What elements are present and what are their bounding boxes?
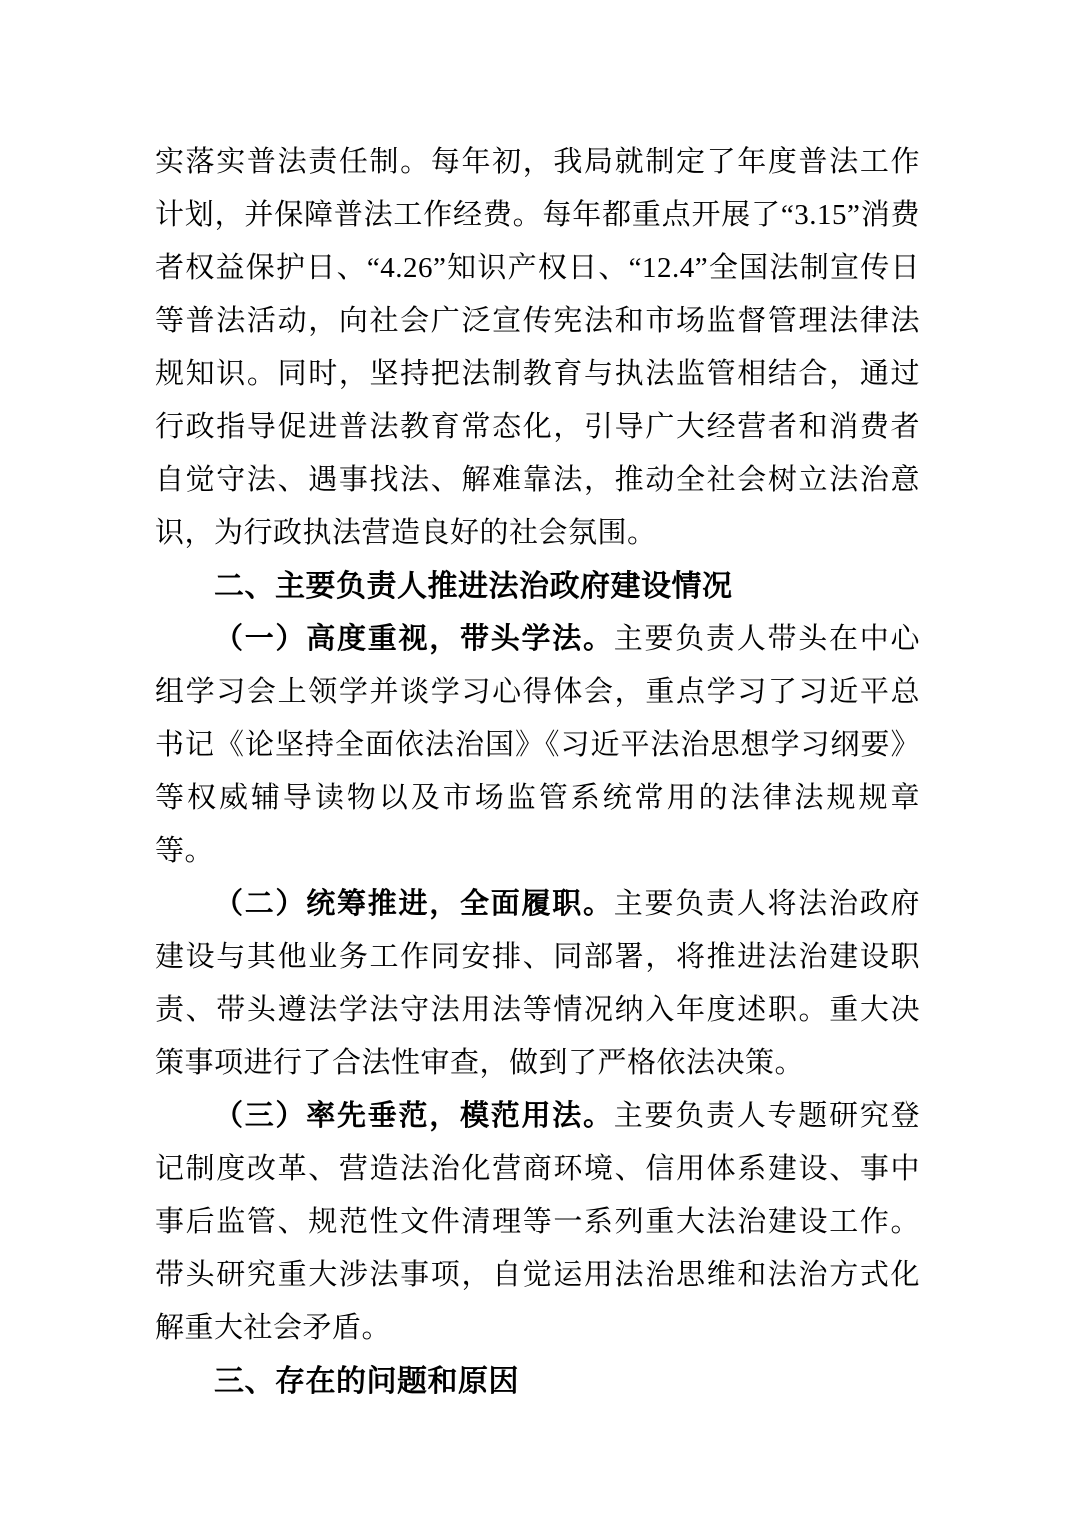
paragraph: （三）率先垂范，模范用法。主要负责人专题研究登记制度改革、营造法治化营商环境、信… xyxy=(155,1090,920,1355)
section-heading-text: 三、存在的问题和原因 xyxy=(214,1365,519,1398)
paragraph: （二）统筹推进，全面履职。主要负责人将法治政府建设与其他业务工作同安排、同部署，… xyxy=(155,878,920,1090)
paragraph-lead: （二）统筹推进，全面履职。 xyxy=(214,888,614,920)
paragraph-text: 主要负责人专题研究登记制度改革、营造法治化营商环境、信用体系建设、事中事后监管、… xyxy=(155,1100,920,1344)
paragraph: 实落实普法责任制。每年初，我局就制定了年度普法工作计划，并保障普法工作经费。每年… xyxy=(155,136,920,560)
section-heading-text: 二、主要负责人推进法治政府建设情况 xyxy=(214,570,733,603)
section-heading: 二、主要负责人推进法治政府建设情况 xyxy=(155,560,920,613)
document-page: 实落实普法责任制。每年初，我局就制定了年度普法工作计划，并保障普法工作经费。每年… xyxy=(0,0,1074,1520)
paragraph-text: 主要负责人带头在中心组学习会上领学并谈学习心得体会，重点学习了习近平总书记《论坚… xyxy=(155,623,920,867)
section-heading: 三、存在的问题和原因 xyxy=(155,1355,920,1408)
paragraph: （一）高度重视，带头学法。主要负责人带头在中心组学习会上领学并谈学习心得体会，重… xyxy=(155,613,920,878)
paragraph-lead: （一）高度重视，带头学法。 xyxy=(214,623,614,655)
paragraph-lead: （三）率先垂范，模范用法。 xyxy=(214,1100,614,1132)
paragraph-text: 实落实普法责任制。每年初，我局就制定了年度普法工作计划，并保障普法工作经费。每年… xyxy=(155,146,920,549)
